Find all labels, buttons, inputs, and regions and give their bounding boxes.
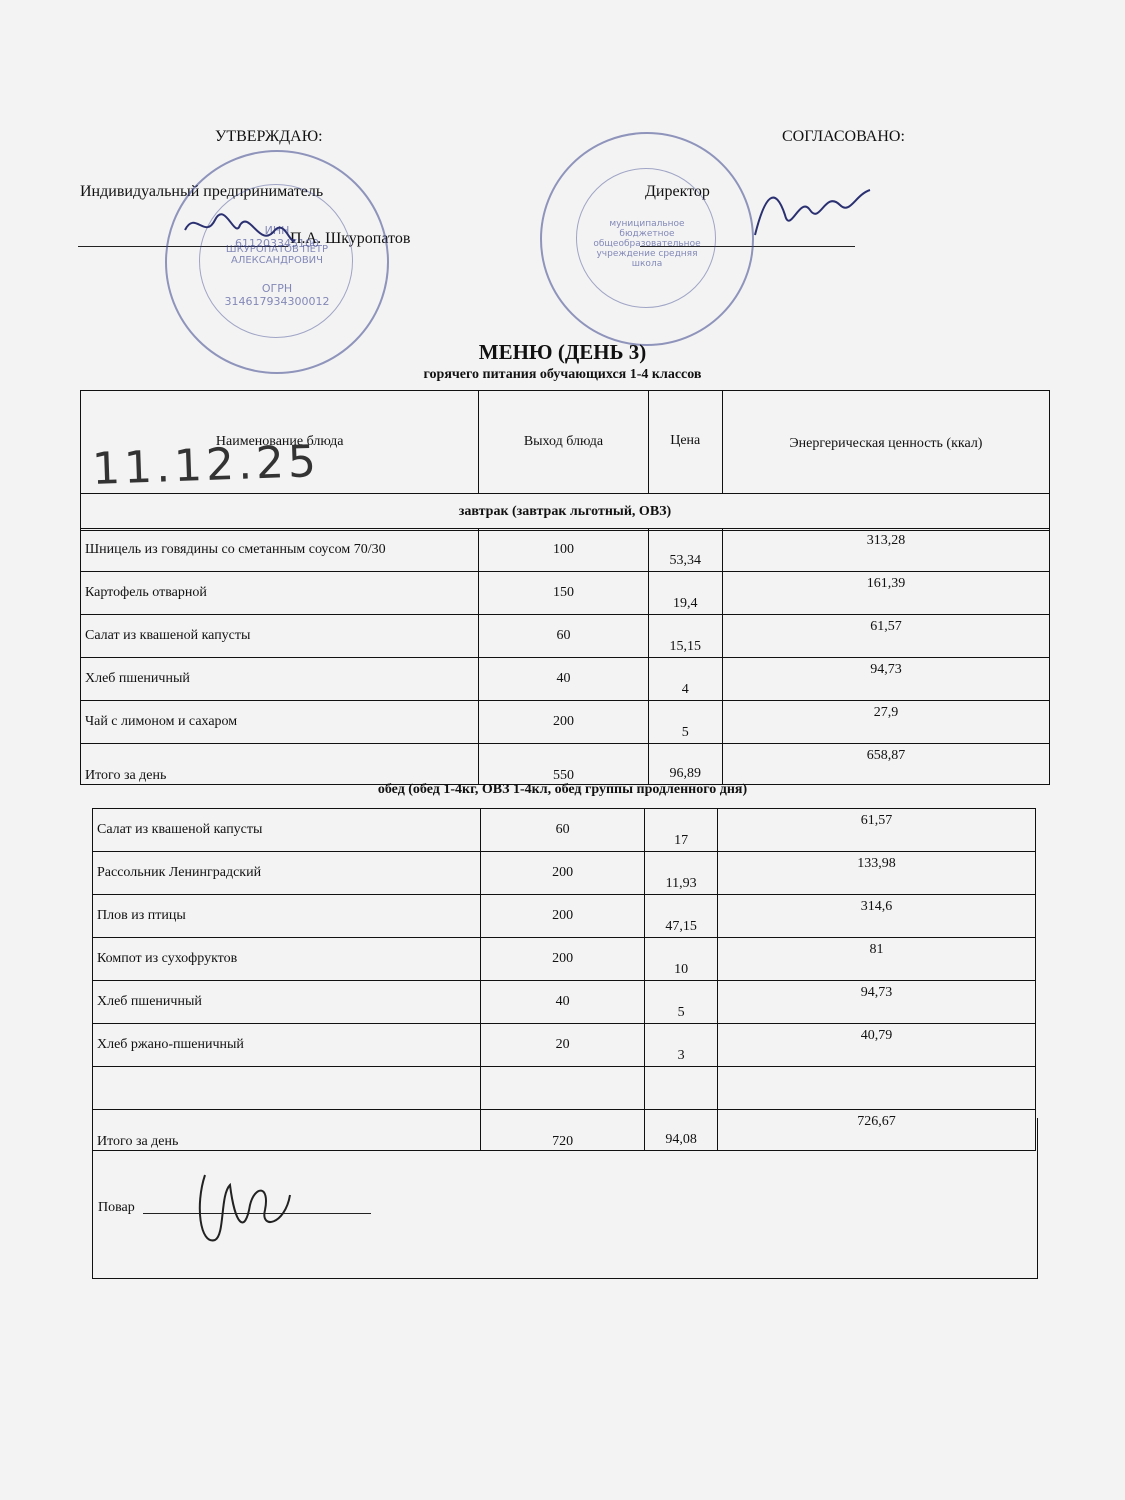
cell-price: 47,15 bbox=[645, 895, 718, 938]
table-row: Компот из сухофруктов2001081 bbox=[93, 938, 1036, 981]
col-header-output: Выход блюда bbox=[479, 391, 648, 494]
cell-output: 60 bbox=[480, 809, 645, 852]
table-row: Картофель отварной15019,4161,39 bbox=[81, 572, 1050, 615]
cell-kcal: 314,6 bbox=[717, 895, 1035, 938]
cell-kcal: 94,73 bbox=[717, 981, 1035, 1024]
agreer-signature bbox=[745, 175, 875, 250]
cell-kcal: 61,57 bbox=[717, 809, 1035, 852]
cell-name: Рассольник Ленинградский bbox=[93, 852, 481, 895]
cell-kcal: 94,73 bbox=[722, 658, 1049, 701]
cell-kcal: 81 bbox=[717, 938, 1035, 981]
approver-signature bbox=[180, 200, 300, 260]
page-title: МЕНЮ (ДЕНЬ 3) bbox=[0, 340, 1125, 365]
cell-name: Картофель отварной bbox=[81, 572, 479, 615]
table-row: Хлеб пшеничный40494,73 bbox=[81, 658, 1050, 701]
cell-output: 550 bbox=[479, 744, 648, 785]
cell-price: 53,34 bbox=[648, 529, 722, 572]
agree-label: СОГЛАСОВАНО: bbox=[782, 128, 905, 146]
cell-output: 20 bbox=[480, 1024, 645, 1067]
table-row: Рассольник Ленинградский20011,93133,98 bbox=[93, 852, 1036, 895]
cell-kcal: 658,87 bbox=[722, 744, 1049, 785]
page-subtitle: горячего питания обучающихся 1-4 классов bbox=[0, 367, 1125, 383]
cell-price bbox=[645, 1067, 718, 1110]
handwritten-date: 11.12.25 bbox=[91, 436, 321, 495]
cell-kcal: 313,28 bbox=[722, 529, 1049, 572]
cell-name: Чай с лимоном и сахаром bbox=[81, 701, 479, 744]
cell-kcal: 27,9 bbox=[722, 701, 1049, 744]
cell-name: Итого за день bbox=[81, 744, 479, 785]
cell-output: 40 bbox=[479, 658, 648, 701]
cell-price: 5 bbox=[648, 701, 722, 744]
cook-signature bbox=[190, 1165, 300, 1255]
lunch-table: Салат из квашеной капусты601761,57Рассол… bbox=[92, 808, 1036, 1151]
right-stamp: муниципальное бюджетное общеобразователь… bbox=[540, 132, 754, 346]
cell-kcal: 133,98 bbox=[717, 852, 1035, 895]
col-header-price: Цена bbox=[648, 391, 722, 494]
cell-price: 4 bbox=[648, 658, 722, 701]
cell-kcal: 61,57 bbox=[722, 615, 1049, 658]
cell-output: 60 bbox=[479, 615, 648, 658]
cell-price: 10 bbox=[645, 938, 718, 981]
breakfast-table: Шницель из говядины со сметанным соусом … bbox=[80, 528, 1050, 785]
table-row: Плов из птицы20047,15314,6 bbox=[93, 895, 1036, 938]
cell-output: 200 bbox=[479, 701, 648, 744]
section-title-breakfast: завтрак (завтрак льготный, ОВЗ) bbox=[81, 494, 1050, 531]
breakfast-total-row: Итого за день55096,89658,87 bbox=[81, 744, 1050, 785]
cell-name: Салат из квашеной капусты bbox=[93, 809, 481, 852]
cell-output: 100 bbox=[479, 529, 648, 572]
table-row: Салат из квашеной капусты6015,1561,57 bbox=[81, 615, 1050, 658]
cell-price: 96,89 bbox=[648, 744, 722, 785]
cell-output bbox=[480, 1067, 645, 1110]
cell-price: 15,15 bbox=[648, 615, 722, 658]
cell-output: 40 bbox=[480, 981, 645, 1024]
cell-price: 17 bbox=[645, 809, 718, 852]
cell-name: Плов из птицы bbox=[93, 895, 481, 938]
cell-price: 19,4 bbox=[648, 572, 722, 615]
approve-label: УТВЕРЖДАЮ: bbox=[215, 128, 323, 146]
cell-price: 11,93 bbox=[645, 852, 718, 895]
table-row: Хлеб ржано-пшеничный20340,79 bbox=[93, 1024, 1036, 1067]
cell-output: 200 bbox=[480, 895, 645, 938]
cell-price: 3 bbox=[645, 1024, 718, 1067]
section-title-lunch: обед (обед 1-4кг, ОВЗ 1-4кл, обед группы… bbox=[0, 782, 1125, 798]
table-row bbox=[93, 1067, 1036, 1110]
cell-kcal bbox=[717, 1067, 1035, 1110]
cell-name: Шницель из говядины со сметанным соусом … bbox=[81, 529, 479, 572]
cell-name: Хлеб пшеничный bbox=[93, 981, 481, 1024]
cell-name: Салат из квашеной капусты bbox=[81, 615, 479, 658]
cook-label: Повар bbox=[98, 1200, 135, 1216]
cell-price: 5 bbox=[645, 981, 718, 1024]
cell-name: Хлеб ржано-пшеничный bbox=[93, 1024, 481, 1067]
cell-kcal: 161,39 bbox=[722, 572, 1049, 615]
cell-output: 200 bbox=[480, 938, 645, 981]
cell-name: Хлеб пшеничный bbox=[81, 658, 479, 701]
cell-kcal: 40,79 bbox=[717, 1024, 1035, 1067]
table-row: Шницель из говядины со сметанным соусом … bbox=[81, 529, 1050, 572]
cell-name bbox=[93, 1067, 481, 1110]
col-header-kcal: Энергерическая ценность (ккал) bbox=[722, 391, 1049, 494]
table-row: Чай с лимоном и сахаром200527,9 bbox=[81, 701, 1050, 744]
cell-output: 200 bbox=[480, 852, 645, 895]
cell-name: Компот из сухофруктов bbox=[93, 938, 481, 981]
cell-output: 150 bbox=[479, 572, 648, 615]
table-row: Хлеб пшеничный40594,73 bbox=[93, 981, 1036, 1024]
table-row: Салат из квашеной капусты601761,57 bbox=[93, 809, 1036, 852]
